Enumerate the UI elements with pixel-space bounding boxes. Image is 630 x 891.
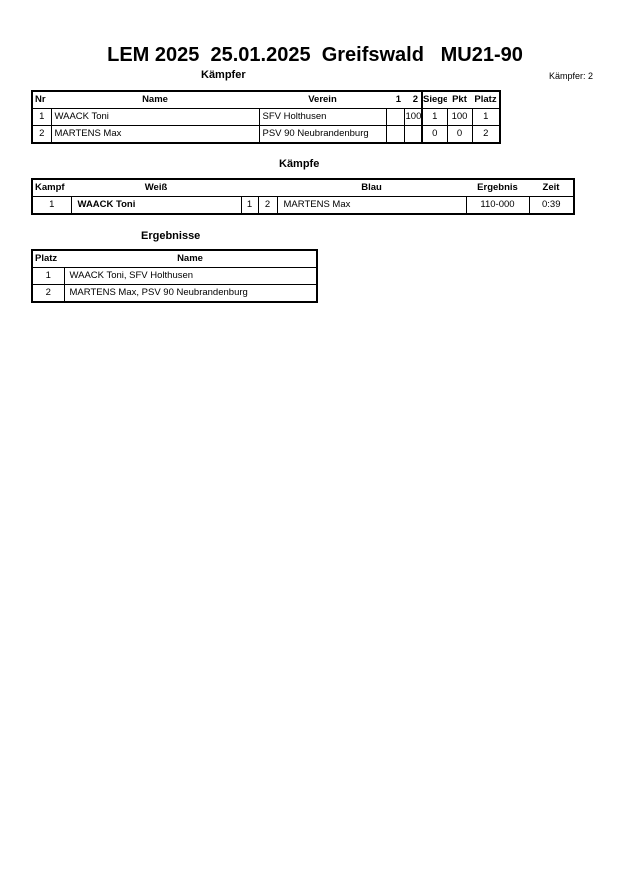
fight-result: 110-000: [466, 197, 529, 215]
col-verein: Verein: [259, 91, 386, 109]
fighter-place: 1: [472, 109, 500, 126]
table-row: 2 MARTENS Max PSV 90 Neubrandenburg 0 0 …: [32, 126, 500, 144]
result-name: WAACK Toni, SFV Holthusen: [64, 268, 317, 285]
table-row: 1 WAACK Toni SFV Holthusen 100 1 100 1: [32, 109, 500, 126]
col-platz: Platz: [472, 91, 500, 109]
fighters-count: Kämpfer: 2: [549, 71, 593, 81]
fighter-nr: 2: [32, 126, 51, 144]
col-score-blue: [258, 179, 277, 197]
fighters-section-label: Kämpfer: [201, 69, 246, 81]
fighter-wins: 0: [422, 126, 447, 144]
col-platz: Platz: [32, 250, 64, 268]
col-siege: Siege: [422, 91, 447, 109]
col-kampf: Kampf: [32, 179, 71, 197]
fighters-header-row: Nr Name Verein 1 2 Siege Pkt Platz: [32, 91, 500, 109]
col-weiss: Weiß: [71, 179, 241, 197]
fighter-wins: 1: [422, 109, 447, 126]
fighter-club: PSV 90 Neubrandenburg: [259, 126, 386, 144]
col-name: Name: [51, 91, 259, 109]
result-place: 1: [32, 268, 64, 285]
fighter-place: 2: [472, 126, 500, 144]
fight-blue-number: 2: [258, 197, 277, 215]
col-pkt: Pkt: [447, 91, 472, 109]
result-place: 2: [32, 285, 64, 303]
fighter-round-2: [404, 126, 422, 144]
table-row: 1 WAACK Toni 1 2 MARTENS Max 110-000 0:3…: [32, 197, 574, 215]
fight-number: 1: [32, 197, 71, 215]
fight-blue-name: MARTENS Max: [277, 197, 466, 215]
fighters-table: Nr Name Verein 1 2 Siege Pkt Platz 1 WAA…: [31, 90, 501, 144]
result-name: MARTENS Max, PSV 90 Neubrandenburg: [64, 285, 317, 303]
fighter-name: WAACK Toni: [51, 109, 259, 126]
col-round-1: 1: [386, 91, 404, 109]
col-zeit: Zeit: [529, 179, 574, 197]
col-ergebnis: Ergebnis: [466, 179, 529, 197]
col-round-2: 2: [404, 91, 422, 109]
table-row: 2 MARTENS Max, PSV 90 Neubrandenburg: [32, 285, 317, 303]
fight-white-number: 1: [241, 197, 258, 215]
fighter-nr: 1: [32, 109, 51, 126]
col-score-white: [241, 179, 258, 197]
fight-white-name: WAACK Toni: [71, 197, 241, 215]
fighter-club: SFV Holthusen: [259, 109, 386, 126]
fights-header-row: Kampf Weiß Blau Ergebnis Zeit: [32, 179, 574, 197]
fight-time: 0:39: [529, 197, 574, 215]
fights-table: Kampf Weiß Blau Ergebnis Zeit 1 WAACK To…: [31, 178, 575, 215]
fighter-round-1: [386, 109, 404, 126]
results-table: Platz Name 1 WAACK Toni, SFV Holthusen 2…: [31, 249, 318, 303]
results-section-label: Ergebnisse: [141, 230, 200, 242]
page-title: LEM 2025 25.01.2025 Greifswald MU21-90: [0, 44, 630, 67]
fighter-round-2: 100: [404, 109, 422, 126]
table-row: 1 WAACK Toni, SFV Holthusen: [32, 268, 317, 285]
results-header-row: Platz Name: [32, 250, 317, 268]
fighter-points: 0: [447, 126, 472, 144]
fights-section-label: Kämpfe: [279, 158, 319, 170]
col-name: Name: [64, 250, 317, 268]
col-blau: Blau: [277, 179, 466, 197]
fighter-name: MARTENS Max: [51, 126, 259, 144]
fighter-round-1: [386, 126, 404, 144]
col-nr: Nr: [32, 91, 51, 109]
fighter-points: 100: [447, 109, 472, 126]
